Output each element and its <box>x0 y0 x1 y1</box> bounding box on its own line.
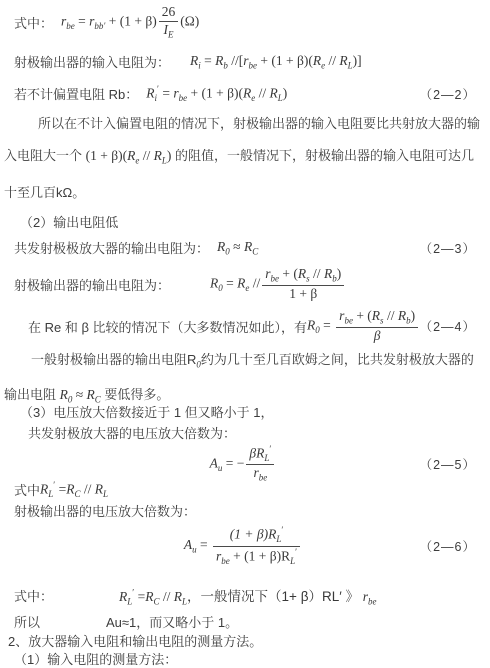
section-measurement-methods: 2、放大器输入电阻和输出电阻的测量方法。 <box>4 631 482 650</box>
condition-text: 在 Re 和 β 比较的情况下（大多数情况如此），有 <box>28 317 307 336</box>
inline-formula: (1 + β)(Re // RL) <box>86 148 172 163</box>
heading-output-resistance: （2）输出电阻低 <box>4 212 482 231</box>
suoyi-label: 所以 <box>14 612 40 631</box>
ce-gain-intro: 共发射极放大器的电压放大倍数为： <box>4 423 482 442</box>
equation-number: （2—4） <box>420 317 476 335</box>
formula-label: 式中： <box>14 586 53 605</box>
formula-label: 式中： <box>14 13 53 32</box>
conclusion-au: 所以 Au≈1，而又略小于 1。 <box>4 612 482 631</box>
heading-voltage-gain: （3）电压放大倍数接近于 1 但又略小于 1， <box>4 402 482 421</box>
formula-label: 共发射极极放大器的输出电阻为： <box>14 238 209 257</box>
formula-label: 若不计偏置电阻 Rb： <box>14 84 138 103</box>
formula-line-follower-output: 射极输出器的输出电阻为： R0 = Re //rbe + (Rs // Rb)1… <box>4 262 482 306</box>
no-bias-formula: Ri′ = rbe + (1 + β)(Re // RL) <box>146 84 287 103</box>
formula-line-no-bias: 若不计偏置电阻 Rb： Ri′ = rbe + (1 + β)(Re // RL… <box>4 84 482 103</box>
rl-prime-condition-formula: RL′ =RC // RL，一般情况下（1+ β）RL′ 》 rbe <box>119 585 377 607</box>
fraction: (1 + β)RL′rbe + (1 + β)RL′ <box>213 525 300 567</box>
input-resistance-formula: Ri = Rb //[rbe + (1 + β)(Re // RL)] <box>190 53 362 71</box>
formula-line-follower-gain: Au = (1 + β)RL′rbe + (1 + β)RL′ （2—6） <box>4 520 482 572</box>
rl-prime-formula: RL′ =RC // RL <box>40 480 108 499</box>
equation-number: （2—6） <box>420 537 476 555</box>
follower-gain-intro: 射极输出器的电压放大倍数为： <box>4 501 482 520</box>
fraction: 26IE <box>159 4 179 41</box>
equation-number: （2—5） <box>420 455 476 473</box>
formula-label: 射极输出器的输入电阻为： <box>14 52 170 71</box>
formula-line-ce-gain: Au = −βRL′rbe （2—5） <box>4 444 482 484</box>
equation-number: （2—3） <box>420 239 476 257</box>
formula-line-input-resistance: 射极输出器的输入电阻为： Ri = Rb //[rbe + (1 + β)(Re… <box>4 52 482 71</box>
kohm-text: kΩ。 <box>56 185 85 200</box>
follower-output-formula: R0 = Re //rbe + (Rs // Rb)1 + β <box>210 266 346 303</box>
au-approx-text: Au≈1，而又略小于 1。 <box>106 612 238 631</box>
subsection-input-measurement: （1）输入电阻的测量方法： <box>4 649 482 668</box>
ce-output-formula: R0 ≈ RC <box>217 239 258 257</box>
formula-line-re-beta-case: 在 Re 和 β 比较的情况下（大多数情况如此），有 R0 = rbe + (R… <box>4 306 482 346</box>
fraction: rbe + (Rs // Rb)1 + β <box>262 266 344 303</box>
formula-label: 射极输出器的输出电阻为： <box>14 275 170 294</box>
rl-prime-condition: 式中： RL′ =RC // RL，一般情况下（1+ β）RL′ 》 rbe <box>4 585 482 607</box>
rbe-formula: rbe = rbb′ + (1 + β)26IE(Ω) <box>61 4 199 41</box>
formula-line-rbe: 式中： rbe = rbb′ + (1 + β)26IE(Ω) <box>4 4 482 41</box>
document-page: 式中： rbe = rbb′ + (1 + β)26IE(Ω) 射极输出器的输入… <box>0 0 490 668</box>
fraction: βRL′rbe <box>246 444 274 484</box>
formula-line-ce-output-resistance: 共发射极极放大器的输出电阻为： R0 ≈ RC （2—3） <box>4 238 482 257</box>
rl-prime-definition: 式中RL′ =RC // RL <box>4 480 482 499</box>
ce-gain-formula: Au = −βRL′rbe <box>210 444 277 484</box>
inline-formula: R0 ≈ RC <box>60 387 101 402</box>
fraction: rbe + (Rs // Rb)β <box>336 308 418 345</box>
paragraph-input-resistance-note: 所以在不计入偏置电阻的情况下，射极输出器的输入电阻要比共射放大器的输入电阻大一个… <box>4 108 482 209</box>
simplified-output-formula: R0 = rbe + (Rs // Rb)β <box>307 308 420 345</box>
equation-number: （2—2） <box>420 85 476 103</box>
follower-gain-formula: Au = (1 + β)RL′rbe + (1 + β)RL′ <box>184 525 302 567</box>
